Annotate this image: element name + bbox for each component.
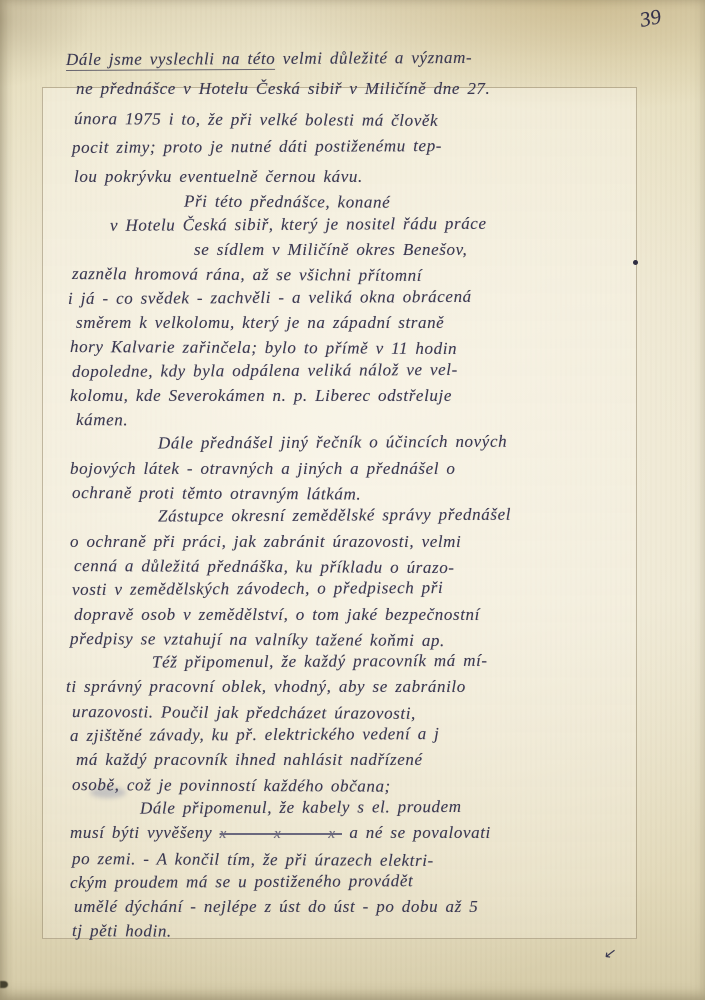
handwritten-line: ne přednášce v Hotelu Česká sibiř v Mili… (66, 77, 511, 101)
line-text: se sídlem v Miličíně okres Benešov, (194, 240, 467, 259)
line-text: po zemi. - A končil tím, že při úrazech … (72, 849, 434, 870)
corner-pen-mark: ↙ (603, 943, 618, 963)
handwritten-line: ti správný pracovní oblek, vhodný, aby s… (66, 675, 511, 699)
line-text: vosti v zemědělských závodech, o předpis… (72, 578, 443, 599)
line-text: předpisy se vztahují na valníky tažené k… (70, 629, 445, 650)
handwritten-line: a zjištěné závady, ku př. elektrického v… (66, 722, 511, 749)
ink-dot (633, 260, 638, 265)
line-text: musí býti vyvěšeny (70, 823, 220, 842)
line-text: Též připomenul, že každý pracovník má mí… (152, 651, 488, 672)
handwritten-line: vosti v zemědělských závodech, o předpis… (66, 576, 511, 603)
line-text: Zástupce okresní zemědělské správy předn… (158, 505, 511, 526)
line-text: února 1975 i to, že při velké bolesti má… (74, 109, 438, 130)
handwritten-line: Dále připomenul, že kabely s el. proudem (66, 795, 511, 822)
handwritten-line: lou pokrývku eventuelně černou kávu. (66, 165, 511, 189)
line-text: kámen. (76, 410, 128, 429)
handwritten-line: má každý pracovník ihned nahlásit nadříz… (66, 748, 511, 772)
line-text: tj pěti hodin. (72, 921, 172, 941)
line-text: bojových látek - otravných a jiných a př… (70, 459, 456, 478)
handwritten-line: ckým proudem má se u postiženého provádě… (66, 868, 511, 895)
line-text: ochraně proti těmto otravným látkám. (72, 483, 361, 504)
line-text: Dále připomenul, že kabely s el. proudem (140, 797, 462, 818)
handwritten-line: musí býti vyvěšeny x——x——x a né se poval… (66, 821, 511, 846)
handwritten-line: i já - co svědek - zachvěli - a veliká o… (66, 284, 511, 311)
line-text: Při této přednášce, konané (184, 192, 390, 212)
line-text: velmi důležité a význam- (275, 48, 472, 68)
line-text: a né se povalovati (342, 823, 491, 842)
line-text: a zjištěné závady, ku př. elektrického v… (70, 724, 440, 745)
handwritten-line: Též připomenul, že každý pracovník má mí… (66, 649, 511, 676)
handwritten-line: dopravě osob v zemědělství, o tom jaké b… (66, 603, 511, 627)
line-text: i já - co svědek - zachvěli - a veliká o… (68, 287, 472, 308)
handwritten-line: o ochraně při práci, jak zabránit úrazov… (66, 530, 511, 554)
line-text: umělé dýchání - nejlépe z úst do úst - p… (74, 897, 478, 916)
manuscript: Dále jsme vyslechli na této velmi důleži… (66, 48, 511, 944)
line-text: hory Kalvarie zařinčela; bylo to přímě v… (70, 337, 457, 358)
line-text: směrem k velkolomu, který je na západní … (76, 313, 444, 332)
handwritten-line: v Hotelu Česká sibiř, který je nositel ř… (66, 211, 511, 238)
line-text: ne přednášce v Hotelu Česká sibiř v Mili… (76, 79, 490, 98)
line-text: zazněla hromová rána, až se všichni přít… (72, 264, 422, 285)
handwritten-line: bojových látek - otravných a jiných a př… (66, 457, 511, 481)
handwritten-line: pocit zimy; proto je nutné dáti postižen… (66, 134, 511, 161)
line-text: ckým proudem má se u postiženého provádě… (70, 871, 413, 892)
handwritten-line: tj pěti hodin. (66, 919, 511, 946)
handwritten-line: Dále jsme vyslechli na této velmi důleži… (66, 46, 511, 73)
line-text: ti správný pracovní oblek, vhodný, aby s… (66, 677, 466, 696)
line-text: má každý pracovník ihned nahlásit nadříz… (76, 750, 423, 769)
page-number: 39 (638, 4, 664, 33)
handwritten-line: Zástupce okresní zemědělské správy předn… (66, 503, 511, 530)
handwritten-line: února 1975 i to, že při velké bolesti má… (66, 107, 511, 134)
handwritten-line: Dále přednášel jiný řečník o účincích no… (66, 430, 511, 457)
edge-speck (0, 981, 8, 988)
line-text: v Hotelu Česká sibiř, který je nositel ř… (110, 214, 487, 235)
line-text: pocit zimy; proto je nutné dáti postižen… (72, 136, 442, 157)
chronicle-page: 39 Dále jsme vyslechli na této velmi důl… (0, 0, 705, 1000)
line-text: Dále přednášel jiný řečník o účincích no… (158, 432, 507, 453)
strikethrough-scribble: x——x——x (220, 826, 342, 842)
handwritten-line: dopoledne, kdy byla odpálena veliká nálo… (66, 357, 511, 384)
line-text: osobě, což je povinností každého občana; (72, 775, 391, 796)
underlined-phrase: Dále jsme vyslechli na této (66, 49, 275, 71)
line-text: urazovosti. Poučil jak předcházet úrazov… (72, 702, 416, 723)
handwritten-line: kolomu, kde Severokámen n. p. Liberec od… (66, 384, 511, 408)
line-text: lou pokrývku eventuelně černou kávu. (74, 167, 363, 186)
line-text: dopoledne, kdy byla odpálena veliká nálo… (72, 360, 458, 381)
line-text: o ochraně při práci, jak zabránit úrazov… (70, 532, 461, 551)
handwritten-line: umělé dýchání - nejlépe z úst do úst - p… (66, 895, 511, 919)
line-text: cenná a důležitá přednáška, ku příkladu … (74, 556, 455, 577)
handwritten-line: směrem k velkolomu, který je na západní … (66, 311, 511, 335)
handwritten-line: se sídlem v Miličíně okres Benešov, (66, 238, 511, 262)
line-text: dopravě osob v zemědělství, o tom jaké b… (74, 605, 480, 624)
line-text: kolomu, kde Severokámen n. p. Liberec od… (70, 386, 452, 405)
